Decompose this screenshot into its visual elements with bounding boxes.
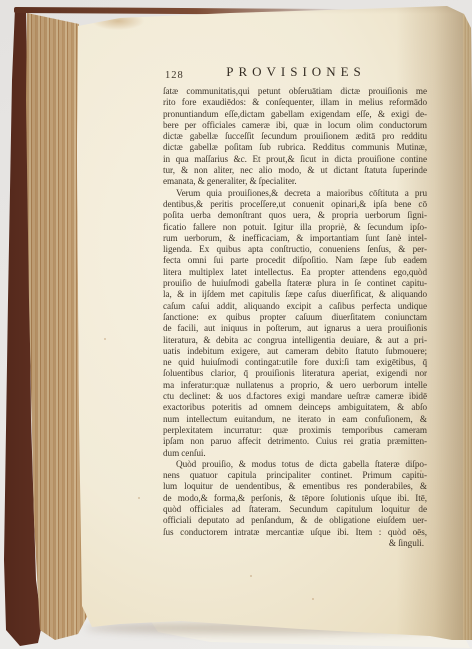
- text-line: ma inferatur:quæ nullatenus a proprio, &…: [163, 380, 427, 391]
- text-line: ſatæ communitatis,qui petunt obſeruātiam…: [163, 86, 427, 97]
- catchword-line: & ſinguli.: [163, 538, 427, 549]
- foxing-speck: [138, 497, 140, 499]
- text-line: pronuntiandum eſſe,dictam gabellam exige…: [163, 109, 427, 120]
- book-photo: 128 PROVISIONES ſatæ communitatis,qui pe…: [0, 0, 472, 649]
- text-line: ſoluentibus clarior, q̄ prouiſionis lite…: [163, 368, 427, 379]
- text-line: ſanctione: ex quibus propter caſuum diue…: [163, 312, 427, 323]
- text-line: Quòd prouiſio, & modus totus de dicta ga…: [163, 459, 427, 470]
- text-line: poſita uerba demonſtrant quos uera, & pr…: [163, 210, 427, 221]
- running-header: PROVISIONES: [163, 64, 429, 80]
- text-line: ne quid huiuſmodi contingat:utile fore d…: [163, 357, 427, 368]
- foxing-speck: [250, 575, 252, 577]
- foxing-speck: [312, 598, 314, 600]
- paragraph: Quòd prouiſio, & modus totus de dicta ga…: [163, 459, 427, 549]
- text-line: quòd officiales ad ſtateram. Secundum ca…: [163, 504, 427, 515]
- text-line: fecta omni ſui parte procedit diſpoſitio…: [163, 255, 427, 266]
- text-line: litera multiplex latet intellectus. Ea p…: [163, 267, 427, 278]
- text-line: uatis indebitum exigere, aut cameram deb…: [163, 346, 427, 357]
- text-line: ipſam non paruo affecit detrimento. Cuiu…: [163, 436, 427, 447]
- text-line: tur, & non aliter, nec alio modo, & ut d…: [163, 165, 427, 176]
- text-line: rum uerborum, & inefficaciam, & importan…: [163, 233, 427, 244]
- fore-edge-strip: [463, 12, 472, 641]
- text-line: dictæ gabellæ poſitam ſub rubrica. Reddi…: [163, 142, 427, 153]
- text-line: perplexitatem incurratur: quæ proximis t…: [163, 425, 427, 436]
- text-line: officiali deputato ad penſandum, & de ob…: [163, 515, 427, 526]
- text-line: ctu declinet: & uos d.factores exigi man…: [163, 391, 427, 402]
- text-line: dictæ gabellæ ſucceſſit ſecundum prouiſi…: [163, 131, 427, 142]
- paragraph: ſatæ communitatis,qui petunt obſeruātiam…: [163, 86, 427, 188]
- text-line: ſus conductorem intratæ mercantiæ uſque …: [163, 527, 427, 538]
- text-line: literatura, & debita ac congrua intellig…: [163, 335, 427, 346]
- text-line: emanata, & generaliter, & ſpecialiter.: [163, 176, 427, 187]
- text-line: rito fore exaudiēdos: & conſequenter, il…: [163, 97, 427, 108]
- paragraph: Verum quia prouiſiones,& decreta a maior…: [163, 188, 427, 459]
- text-line: in qua maſſarius &c. Et prout,& ſicut in…: [163, 154, 427, 165]
- text-line: bere per officiales cameræ ibi, quæ in l…: [163, 120, 427, 131]
- text-line: dentibus,& peritis proceſſere,ut conueni…: [163, 199, 427, 210]
- text-line: de modo,& forma,& perſonis, & tēpore ſol…: [163, 493, 427, 504]
- text-line: Verum quia prouiſiones,& decreta a maior…: [163, 188, 427, 199]
- text-line: caſum caſui addit, aliquando excipit a c…: [163, 301, 427, 312]
- text-line: num intellectum euitandum, ne iterato in…: [163, 414, 427, 425]
- text-line: nens quatuor capitula principaliter cont…: [163, 470, 427, 481]
- text-line: de facili, aut iniquus in poſterum, aut …: [163, 323, 427, 334]
- text-line: exactoribus poteritis ad omnem deinceps …: [163, 402, 427, 413]
- text-line: la, & in ijſdem met capitulis ſæpe caſus…: [163, 289, 427, 300]
- text-line: ligenda. Ex quibus apta conſtructio, con…: [163, 244, 427, 255]
- foxing-speck: [104, 338, 106, 340]
- text-line: dum cenſui.: [163, 448, 427, 459]
- text-line: prouiſio de huiuſmodi gabella ſtateræ pl…: [163, 278, 427, 289]
- text-line: lum loquitur de uendentibus, & ementibus…: [163, 481, 427, 492]
- text-line: ficatio fallere non potuit. Igitur illa …: [163, 222, 427, 233]
- body-text: ſatæ communitatis,qui petunt obſeruātiam…: [163, 86, 427, 549]
